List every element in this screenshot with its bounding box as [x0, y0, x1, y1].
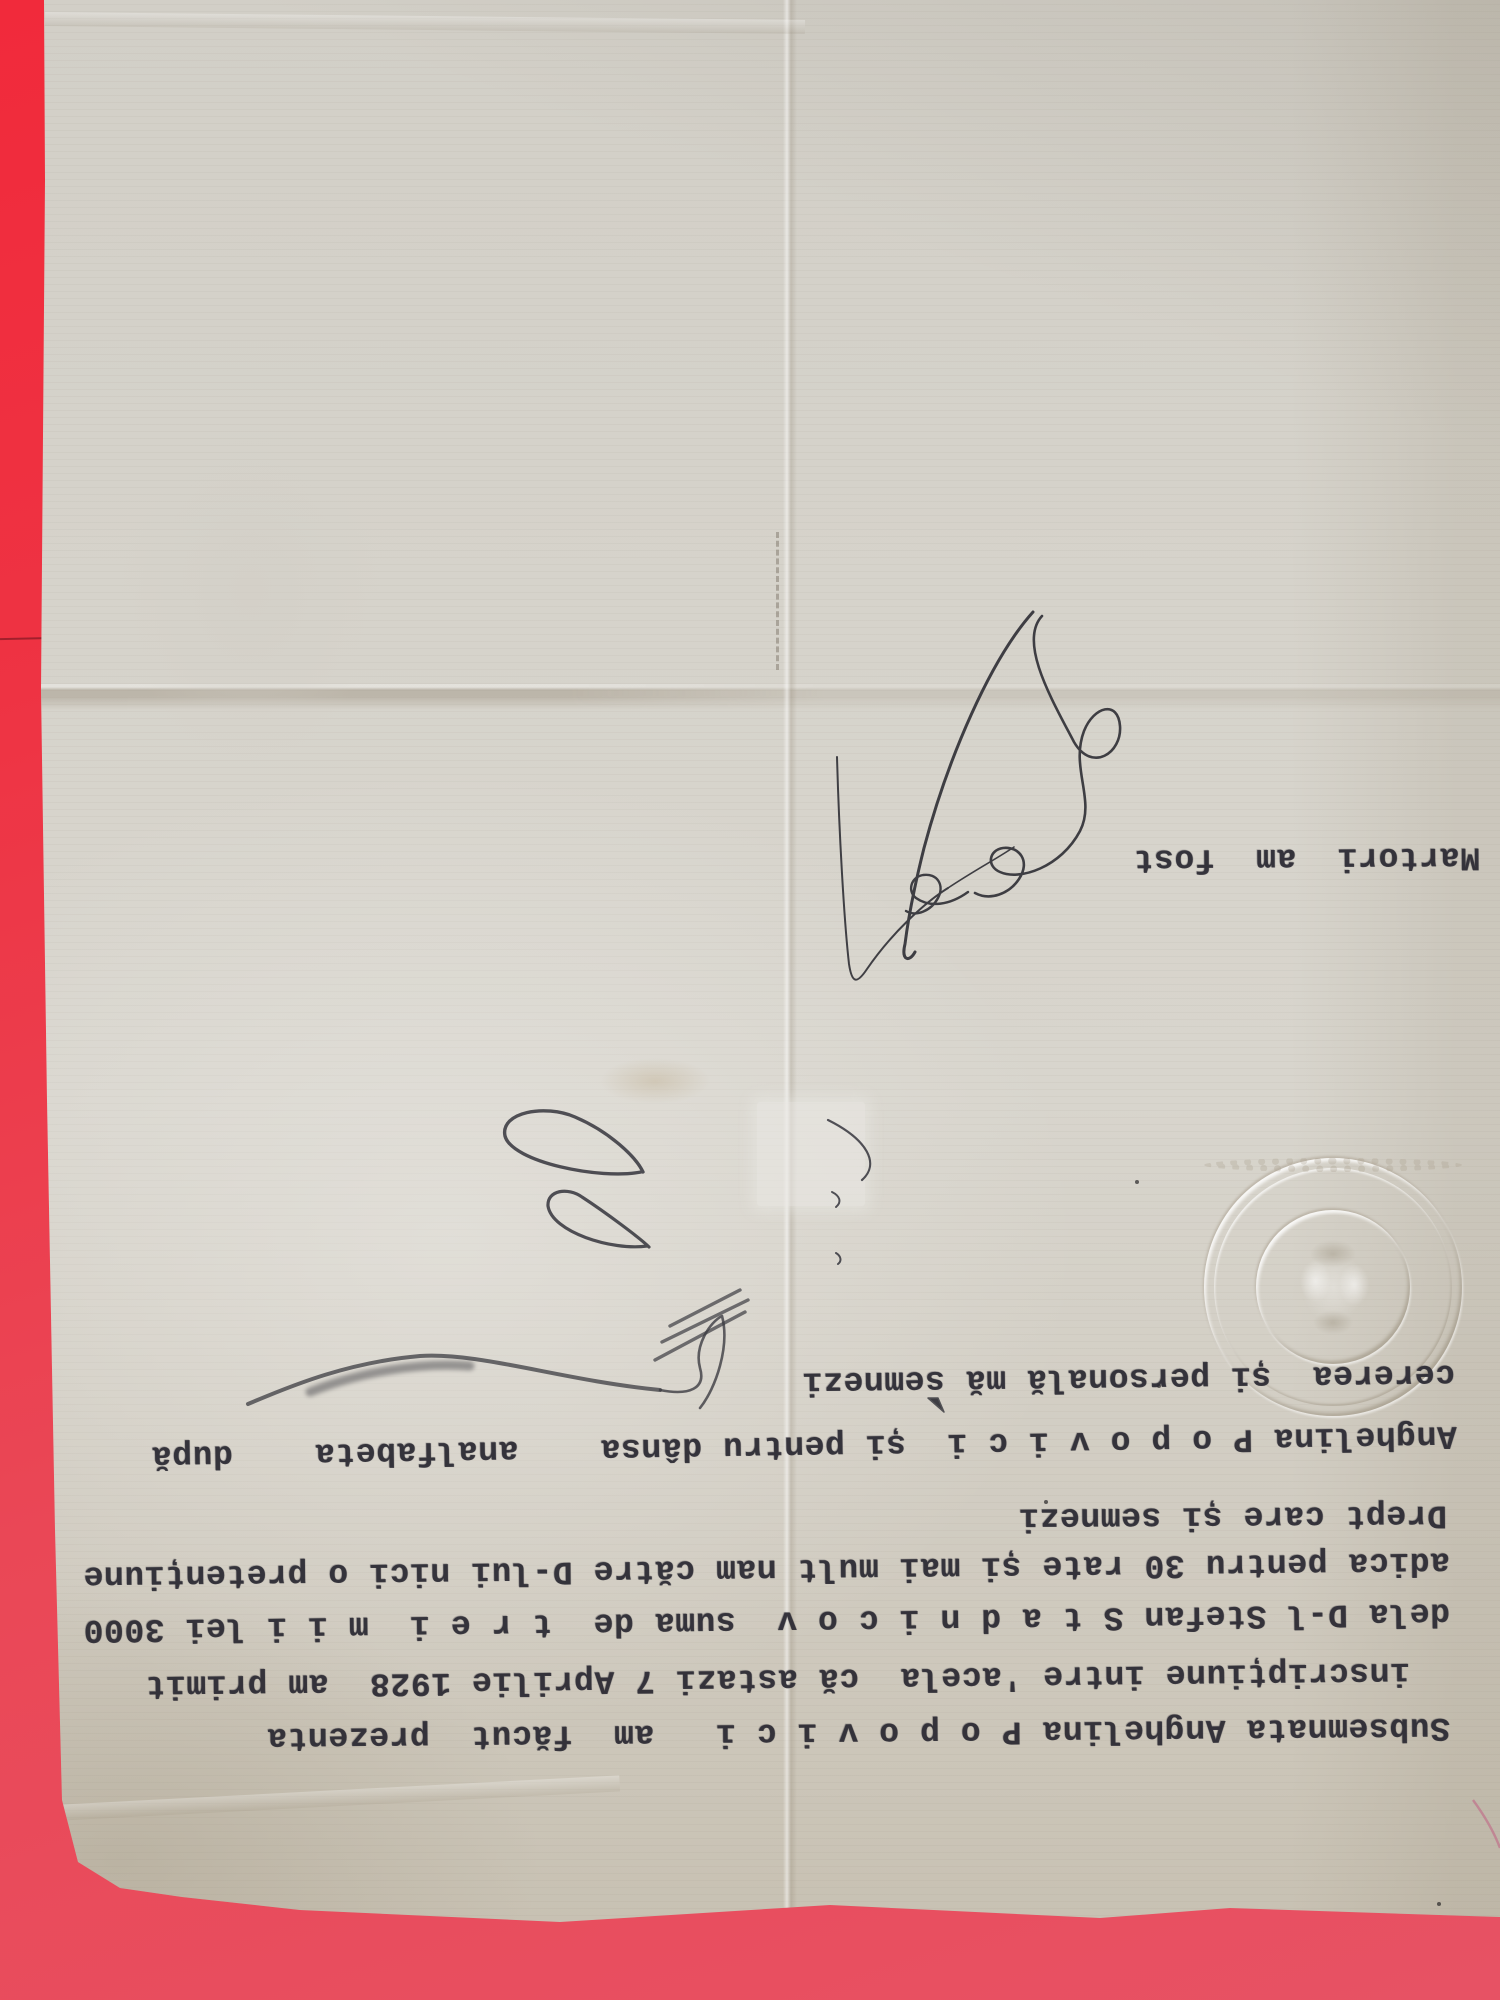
flourish-underline-signature-icon: [248, 1290, 944, 1412]
ink-signatures-layer: [0, 0, 1500, 2000]
double-loop-initials-signature-icon: [505, 1111, 871, 1264]
photo-scene: { "scene": { "description": "Photograph …: [0, 0, 1500, 2000]
red-pen-mark: [1473, 1800, 1500, 1848]
large-witness-signature-icon: [837, 612, 1120, 980]
paper-sheet: Subsemnata Anghelina P o p o v i c i am …: [0, 0, 1500, 2000]
